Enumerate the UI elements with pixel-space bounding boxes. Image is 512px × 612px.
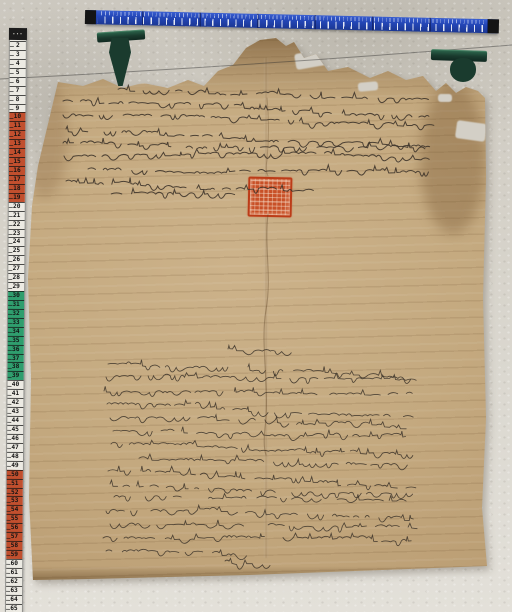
- tape-end-cap-right: [488, 19, 499, 34]
- red-seal-stamp: [248, 177, 293, 218]
- paper-sheet: [28, 38, 488, 580]
- ruler-number: 65: [6, 604, 22, 612]
- clip-stem: [450, 58, 476, 82]
- torn-edge-gap: [455, 120, 487, 142]
- blue-measuring-tape: [86, 10, 498, 33]
- photo-scene: ∙∙∙ 234567891011121314151617181920212223…: [0, 0, 512, 612]
- vertical-fold-crease: [264, 58, 268, 558]
- torn-edge-gap: [358, 81, 379, 92]
- left-ruler: ∙∙∙ 234567891011121314151617181920212223…: [5, 28, 27, 612]
- manuscript-document: [28, 38, 488, 580]
- clip-stem: [109, 38, 131, 86]
- green-clip-right: [431, 50, 489, 86]
- ruler-top-cap: ∙∙∙: [9, 28, 27, 40]
- torn-edge-gap: [294, 46, 344, 70]
- torn-edge-gap: [390, 59, 407, 71]
- green-clip-left: [97, 31, 147, 89]
- torn-edge-gap: [438, 94, 452, 102]
- paper-stain: [420, 84, 486, 234]
- paper-stain: [22, 78, 68, 198]
- tape-end-cap-left: [85, 9, 96, 24]
